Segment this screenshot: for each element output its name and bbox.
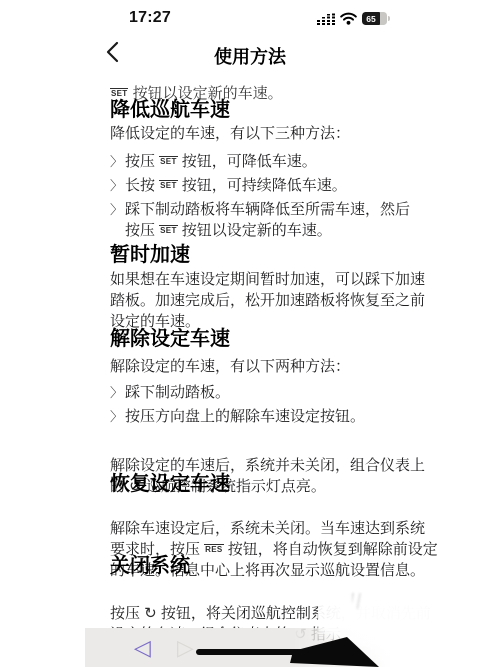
wifi-icon <box>340 12 357 25</box>
bullet-chevron-icon: 〉 <box>110 382 125 403</box>
temp-accel-body: 如果想在车速设定期间暂时加速，可以踩下加速 踏板。加速完成后，松开加速踏板将恢复… <box>110 269 464 332</box>
set-button-icon: SET <box>159 156 177 166</box>
section-title-cancel-speed: 解除设定车速 <box>110 327 464 352</box>
list-item: 〉 踩下制动踏板。 <box>110 382 464 403</box>
cellular-signal-icon <box>317 12 335 25</box>
bullet-chevron-icon: 〉 <box>110 151 125 172</box>
battery-icon: 65 <box>362 12 390 25</box>
list-item: 〉 踩下制动踏板将车辆降低至所需车速，然后 按压 SET 按钮以设定新的车速。 <box>110 199 464 241</box>
bullet-chevron-icon: 〉 <box>110 199 125 241</box>
bullet-chevron-icon: 〉 <box>110 406 125 427</box>
previous-page-button[interactable]: ◁ <box>134 633 151 663</box>
section-title-power-off: 关闭系统 <box>110 554 464 579</box>
manual-page: 17:27 65 使用方法 SET 按钮以设定新的车速。 降低巡航车速 降低设定… <box>0 0 500 667</box>
set-button-icon: SET <box>159 180 177 190</box>
res-button-icon: RES <box>204 544 223 554</box>
section-title-temp-accel: 暂时加速 <box>110 243 464 268</box>
status-icons: 65 <box>317 12 390 25</box>
cruise-power-icon: ↻ <box>144 605 157 622</box>
set-button-icon: SET <box>159 225 177 235</box>
battery-percent: 65 <box>366 14 375 24</box>
status-time: 17:27 <box>129 9 171 27</box>
cancel-speed-desc: 解除设定的车速，有以下两种方法： <box>110 356 464 377</box>
next-page-button[interactable]: ▷ <box>177 633 194 663</box>
section-title-resume-speed: 恢复设定车速 <box>110 472 464 497</box>
set-button-icon: SET <box>110 88 128 98</box>
reduce-speed-desc: 降低设定的车速，有以下三种方法： <box>110 123 464 144</box>
list-item: 〉 按压方向盘上的解除车速设定按钮。 <box>110 406 464 427</box>
bullet-chevron-icon: 〉 <box>110 175 125 196</box>
list-item: 〉 长按 SET 按钮，可持续降低车速。 <box>110 175 464 196</box>
reduce-speed-list: 〉 按压 SET 按钮，可降低车速。 〉 长按 SET 按钮，可持续降低车速。 … <box>110 151 464 244</box>
cancel-speed-list: 〉 踩下制动踏板。 〉 按压方向盘上的解除车速设定按钮。 <box>110 382 464 430</box>
section-title-reduce-speed: 降低巡航车速 <box>110 98 464 123</box>
home-indicator <box>196 649 304 655</box>
list-item: 〉 按压 SET 按钮，可降低车速。 <box>110 151 464 172</box>
